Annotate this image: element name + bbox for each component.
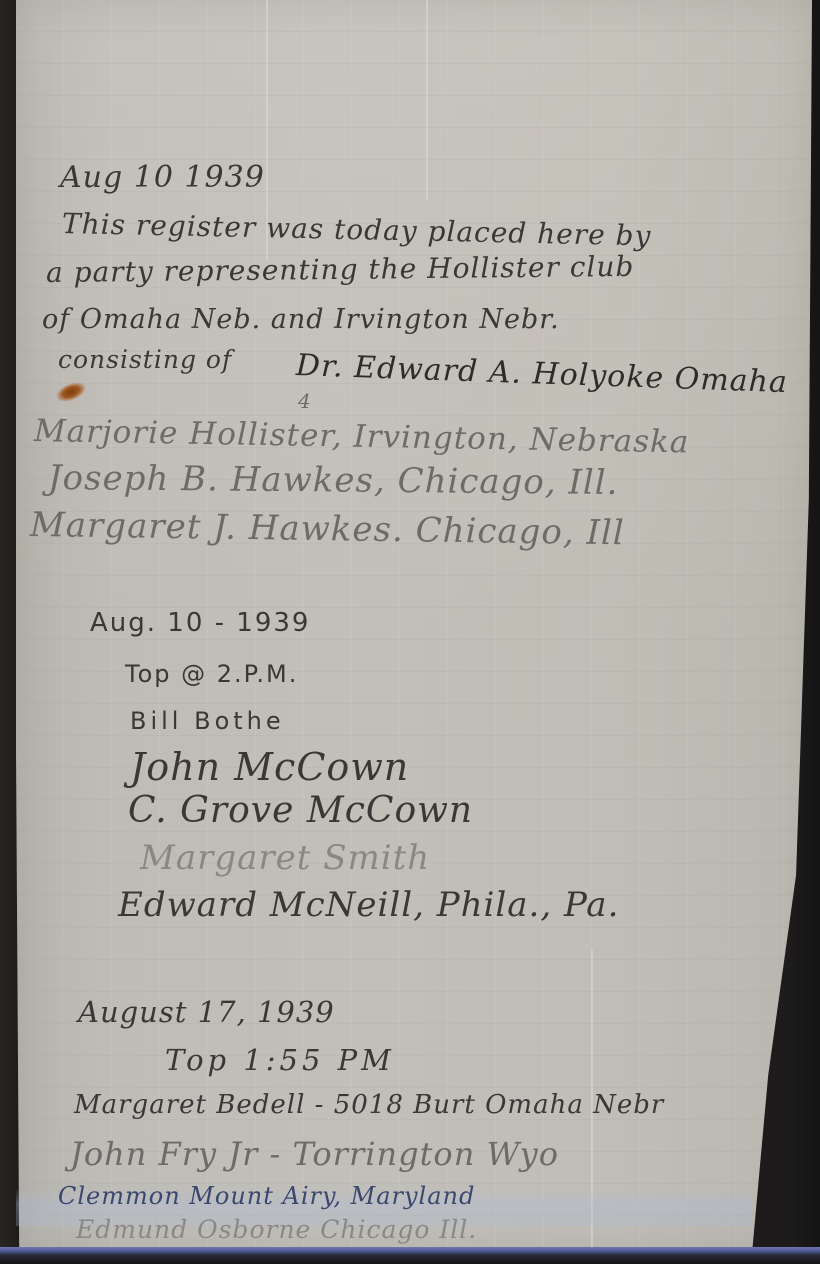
entry2-time: Top @ 2.P.M. — [125, 660, 298, 688]
entry3-signature-3: Clemmon Mount Airy, Maryland — [58, 1182, 475, 1210]
entry1-annotation: 4 — [298, 389, 312, 413]
entry1-line2: a party representing the Hollister club — [46, 250, 635, 289]
entry3-date: August 17, 1939 — [78, 995, 335, 1029]
entry2-signature-1: Bill Bothe — [130, 707, 285, 735]
entry2-date: Aug. 10 - 1939 — [90, 608, 310, 638]
frame-bottom-edge — [0, 1247, 820, 1264]
entry1-line3: of Omaha Neb. and Irvington Nebr. — [42, 304, 560, 335]
entry2-signature-2: John McCown — [130, 745, 409, 789]
entry3-signature-1: Margaret Bedell - 5018 Burt Omaha Nebr — [74, 1090, 664, 1120]
photo-frame: Aug 10 1939 This register was today plac… — [0, 0, 820, 1264]
entry3-signature-4: Edmund Osborne Chicago Ill. — [76, 1215, 477, 1244]
entry2-signature-4: Margaret Smith — [140, 838, 430, 878]
entry1-line4: consisting of — [58, 345, 232, 374]
entry3-time: Top 1:55 PM — [165, 1043, 395, 1077]
entry1-signature-2: Joseph B. Hawkes, Chicago, Ill. — [48, 458, 619, 503]
entry2-signature-5: Edward McNeill, Phila., Pa. — [118, 885, 619, 925]
entry1-date: Aug 10 1939 — [60, 160, 265, 195]
entry2-signature-3: C. Grove McCown — [128, 790, 473, 831]
entry3-signature-2: John Fry Jr - Torrington Wyo — [70, 1135, 559, 1173]
paper-crease — [426, 0, 428, 200]
entry1-signature-3: Margaret J. Hawkes. Chicago, Ill — [30, 505, 625, 553]
